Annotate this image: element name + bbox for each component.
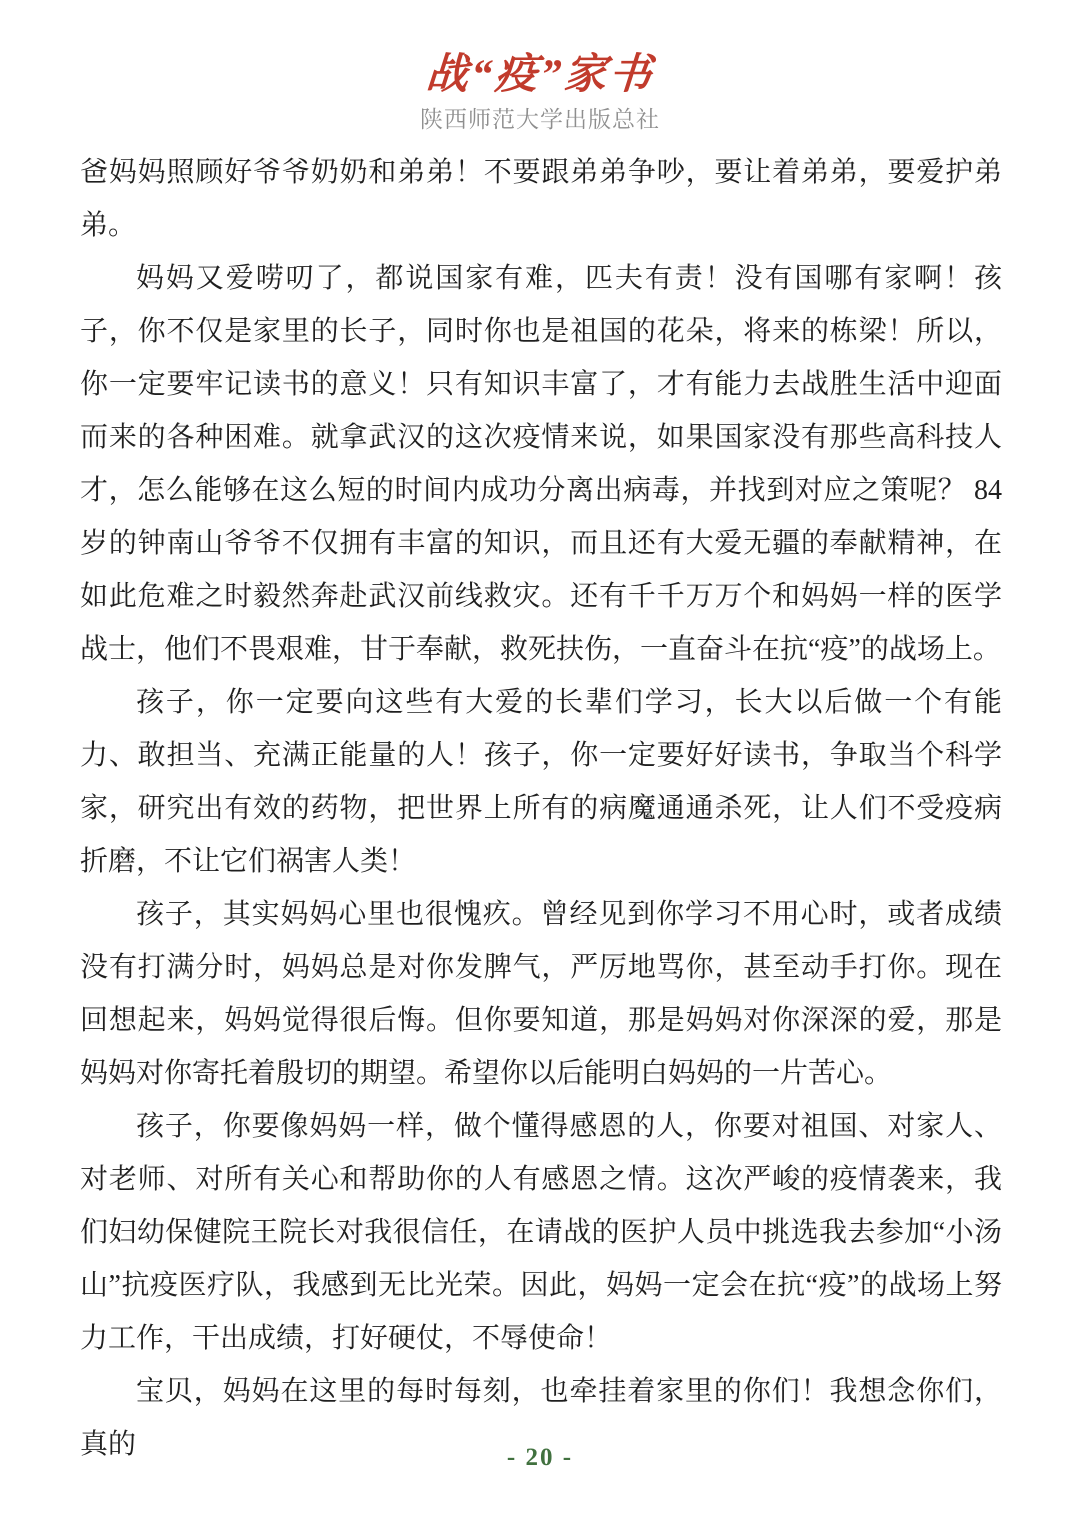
letter-paragraph: 爸妈妈照顾好爷爷奶奶和弟弟！不要跟弟弟争吵，要让着弟弟，要爱护弟弟。: [80, 146, 1002, 252]
page-header: 战“疫”家书 陕西师范大学出版总社: [0, 52, 1080, 134]
book-page: 战“疫”家书 陕西师范大学出版总社 爸妈妈照顾好爷爷奶奶和弟弟！不要跟弟弟争吵，…: [0, 0, 1080, 1524]
book-logo-title: 战“疫”家书: [424, 52, 655, 98]
letter-paragraph: 妈妈又爱唠叨了，都说国家有难，匹夫有责！没有国哪有家啊！孩子，你不仅是家里的长子…: [80, 252, 1002, 676]
publisher-name: 陕西师范大学出版总社: [0, 101, 1080, 134]
letter-paragraph: 孩子，其实妈妈心里也很愧疚。曾经见到你学习不用心时，或者成绩没有打满分时，妈妈总…: [80, 888, 1002, 1100]
letter-paragraph: 孩子，你要像妈妈一样，做个懂得感恩的人，你要对祖国、对家人、对老师、对所有关心和…: [80, 1100, 1002, 1365]
letter-body: 爸妈妈照顾好爷爷奶奶和弟弟！不要跟弟弟争吵，要让着弟弟，要爱护弟弟。 妈妈又爱唠…: [80, 146, 1002, 1471]
letter-paragraph: 孩子，你一定要向这些有大爱的长辈们学习，长大以后做一个有能力、敢担当、充满正能量…: [80, 676, 1002, 888]
page-footer: - 20 -: [0, 1444, 1080, 1472]
page-number: - 20 -: [507, 1444, 573, 1471]
